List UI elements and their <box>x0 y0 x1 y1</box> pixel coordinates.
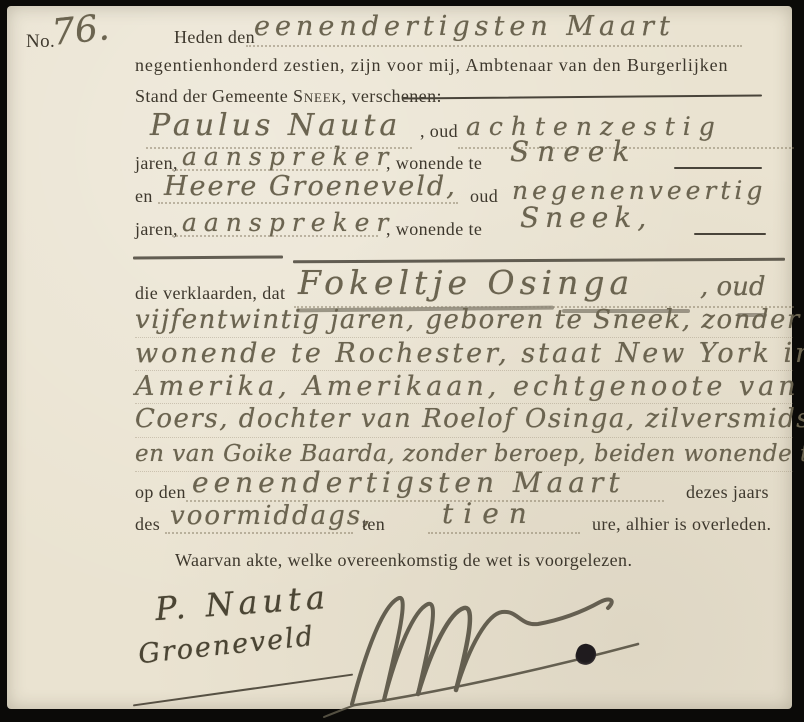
declarant2-wonende-label: , wonende te <box>386 219 482 240</box>
declaration-body-line1: vijfentwintig jaren, geboren te Sneek, z… <box>135 305 804 335</box>
declarant2-name: Heere Groeneveld, <box>164 171 457 202</box>
declaration-body-line4: Coers, dochter van Roelof Osinga, zilver… <box>135 404 804 434</box>
dotted-leader <box>158 201 458 204</box>
declaration-body-line2: wonende te Rochester, staat New York in … <box>135 338 804 369</box>
ruled-line <box>135 436 793 438</box>
ruled-line <box>135 336 793 338</box>
act-number-value: 76. <box>50 7 111 54</box>
municipality-name: Sneek <box>293 86 342 106</box>
scanned-death-certificate: No. 76. Heden den eenendertigsten Maart … <box>0 0 804 722</box>
declaration-body-line3: Amerika, Amerikaan, echtgenoote van Jaco… <box>135 371 804 402</box>
death-hour: tien <box>442 497 537 530</box>
declarant2-en-label: en <box>135 186 153 207</box>
ten-label: ten <box>362 514 385 535</box>
intro-line2: negentienhonderd zestien, zijn voor mij,… <box>135 55 728 76</box>
declarant2-residence: Sneek, <box>520 201 652 234</box>
des-label: des <box>135 514 160 535</box>
ruled-line <box>135 402 793 404</box>
dezes-jaars-label: dezes jaars <box>686 482 769 503</box>
declarant2-oud-label: oud <box>470 186 498 207</box>
act-date-filled: eenendertigsten Maart <box>254 11 675 42</box>
ruled-line <box>135 369 793 371</box>
declarant1-residence: Sneek <box>510 135 637 168</box>
blank-strike-rule <box>674 167 762 169</box>
intro-line3-suffix: , verschenen: <box>342 86 442 106</box>
act-number-label: No. <box>26 31 55 53</box>
overleden-label: ure, alhier is overleden. <box>592 514 771 535</box>
dotted-leader <box>172 234 378 237</box>
death-daypart: voormiddags, <box>170 501 372 531</box>
dotted-leader <box>246 44 742 47</box>
declaration-intro-label: die verklaarden, dat <box>135 283 285 304</box>
declarant2-occupation: aanspreker <box>182 208 395 237</box>
intro-line3: Stand der Gemeente Sneek, verschenen: <box>135 86 442 107</box>
declaration-body-line5: en van Goike Baarda, zonder beroep, beid… <box>135 441 804 467</box>
dotted-leader <box>165 531 353 534</box>
deceased-name: Fokeltje Osinga <box>298 263 634 302</box>
intro-line3-prefix: Stand der Gemeente <box>135 86 293 106</box>
declarant1-name: Paulus Nauta <box>150 108 401 143</box>
heden-den-label: Heden den <box>174 27 255 48</box>
declarant1-occupation: aanspreker <box>182 142 395 171</box>
dotted-leader <box>428 531 580 534</box>
death-date: eenendertigsten Maart <box>192 466 625 499</box>
attestation-text: Waarvan akte, welke overeenkomstig de we… <box>175 550 632 571</box>
declarant1-oud-label: , oud <box>420 121 458 142</box>
blank-strike-rule <box>694 233 766 235</box>
deceased-oud-suffix: , oud <box>700 272 766 302</box>
op-den-label: op den <box>135 482 186 503</box>
